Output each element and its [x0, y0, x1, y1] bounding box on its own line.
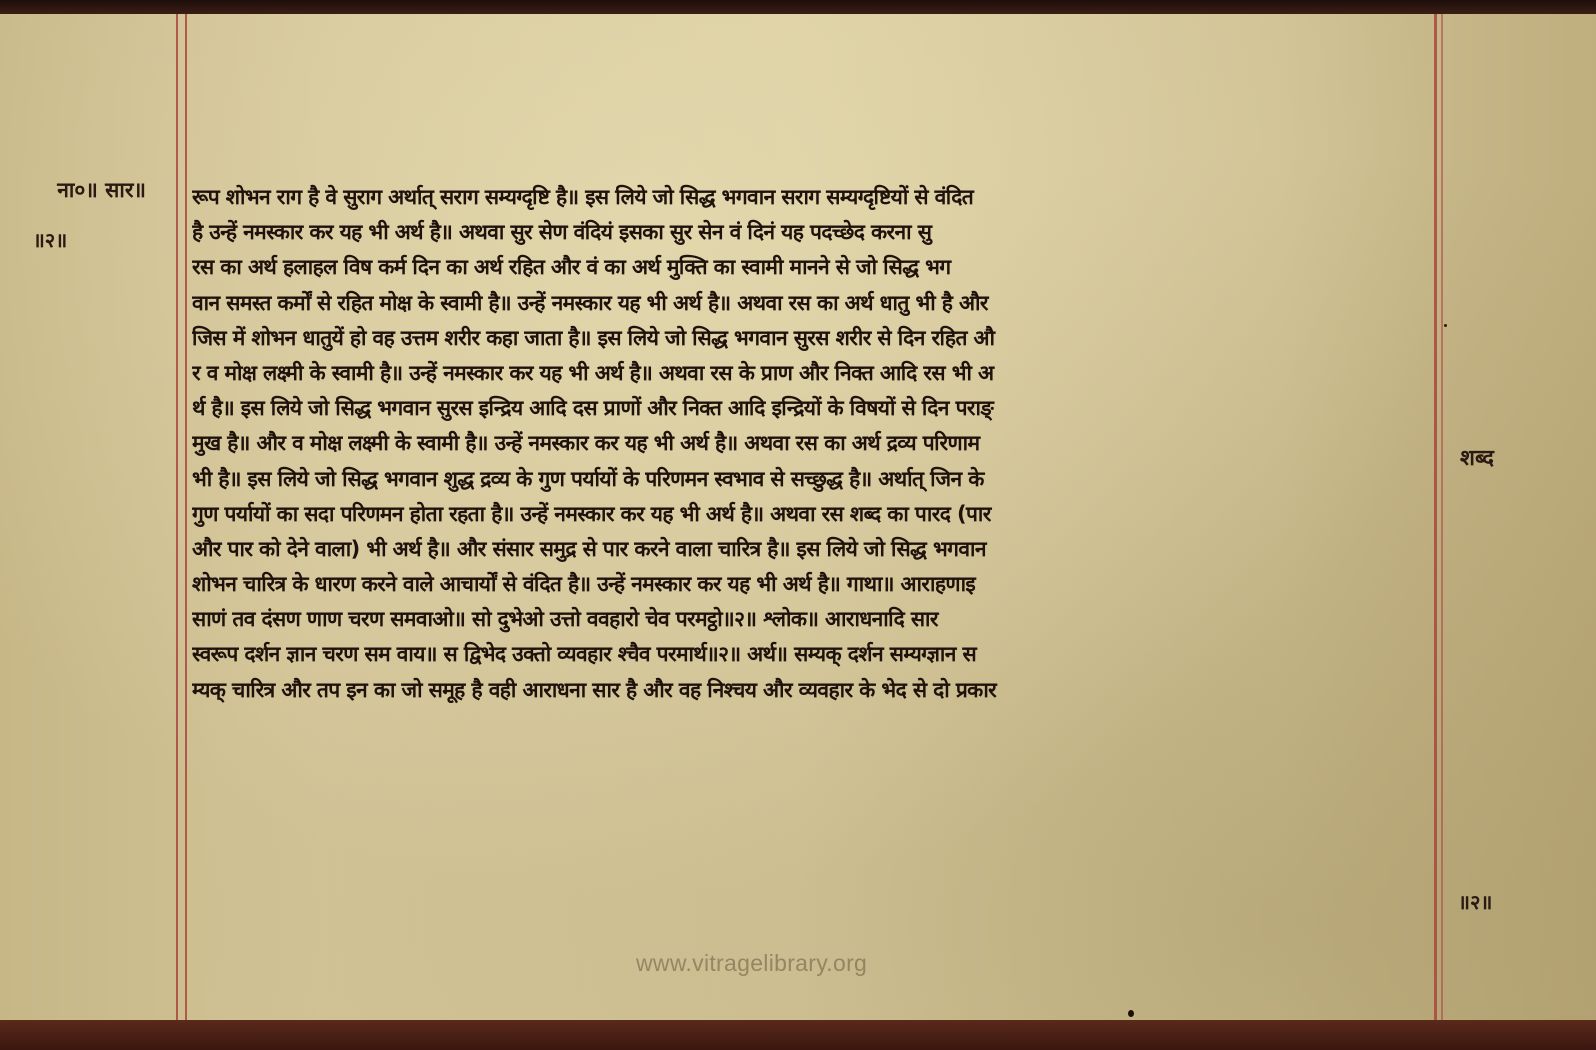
right-margin-folio-number: ॥२॥ [1458, 888, 1492, 915]
text-line-6: र व मोक्ष लक्ष्मी के स्वामी है॥ उन्हें न… [192, 356, 1432, 391]
text-line-12: शोभन चारित्र के धारण करने वाले आचार्यों … [192, 567, 1432, 602]
text-line-7: र्थ है॥ इस लिये जो सिद्ध भगवान सुरस इन्द… [192, 391, 1432, 426]
manuscript-scene: ना०॥ सार॥ ॥२॥ शब्द ॥२॥ रूप शोभन राग है व… [0, 0, 1596, 1050]
text-line-8: मुख है॥ और व मोक्ष लक्ष्मी के स्वामी है॥… [192, 426, 1432, 461]
right-ruling-line [1434, 14, 1437, 1022]
text-line-11: और पार को देने वाला) भी अर्थ है॥ और संसा… [192, 532, 1432, 567]
text-line-10: गुण पर्यायों का सदा परिणमन होता रहता है॥… [192, 497, 1432, 532]
text-line-2: है उन्हें नमस्कार कर यह भी अर्थ है॥ अथवा… [192, 215, 1432, 250]
background-top-edge [0, 0, 1596, 14]
margin-ink-mark [1444, 324, 1447, 327]
text-line-15: म्यक् चारित्र और तप इन का जो समूह है वही… [192, 673, 1432, 708]
left-ruling-line-inner [185, 14, 187, 1022]
text-line-4: वान समस्त कर्मों से रहित मोक्ष के स्वामी… [192, 286, 1432, 321]
text-line-3: रस का अर्थ हलाहल विष कर्म दिन का अर्थ रह… [192, 250, 1432, 285]
background-bottom-edge [0, 1020, 1596, 1050]
manuscript-text-block: रूप शोभन राग है वे सुराग अर्थात् सराग सम… [192, 180, 1432, 708]
text-line-14: स्वरूप दर्शन ज्ञान चरण सम वाय॥ स द्विभेद… [192, 637, 1432, 672]
left-margin: ना०॥ सार॥ ॥२॥ [0, 176, 160, 253]
watermark-text: www.vitragelibrary.org [636, 950, 867, 977]
right-ruling-line-outer [1441, 14, 1443, 1022]
margin-title: ना०॥ सार॥ [0, 176, 160, 204]
ink-dot [1128, 1010, 1134, 1017]
text-line-9: भी है॥ इस लिये जो सिद्ध भगवान शुद्ध द्रव… [192, 462, 1432, 497]
right-margin-note: शब्द [1460, 442, 1494, 472]
margin-folio-number: ॥२॥ [10, 226, 90, 253]
left-ruling-line [176, 14, 178, 1022]
text-line-13: साणं तव दंसण णाण चरण समवाओ॥ सो दुभेओ उत्… [192, 602, 1432, 637]
text-line-5: जिस में शोभन धातुयें हो वह उत्तम शरीर कह… [192, 321, 1432, 356]
text-line-1: रूप शोभन राग है वे सुराग अर्थात् सराग सम… [192, 180, 1432, 215]
